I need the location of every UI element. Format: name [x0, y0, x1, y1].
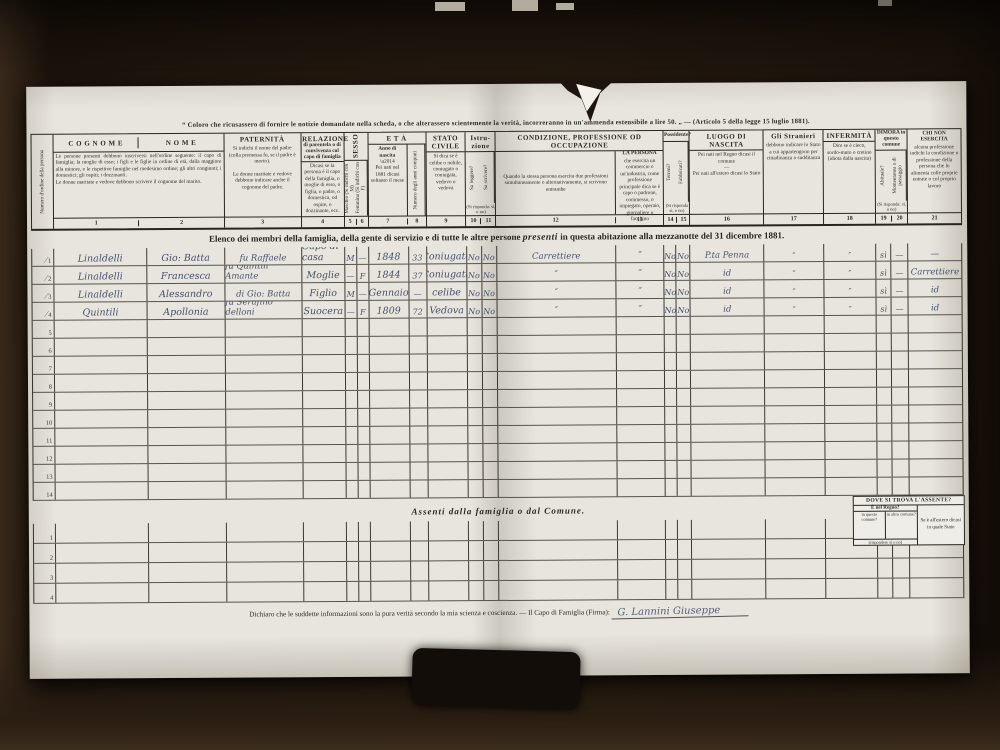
row-cell: [498, 407, 618, 425]
row-number: 2: [48, 276, 51, 283]
row-cell: [469, 561, 484, 580]
absent-persons-table: 1 2: [33, 518, 964, 604]
row-cell: [498, 389, 618, 407]
row-cell: M: [345, 283, 357, 300]
row-cell: [692, 478, 766, 495]
header-sesso: SESSO: [351, 133, 361, 160]
row-cell: [498, 479, 618, 497]
row-cell: [369, 355, 409, 372]
header-stato-civile: STATO CIVILE: [426, 132, 465, 152]
row-cell: [497, 371, 617, 389]
header-cognome: C O G N O M E: [53, 137, 138, 149]
row-cell: [358, 355, 370, 372]
colnum-21: 21: [908, 215, 961, 221]
row-cell: Linaldelli: [54, 284, 147, 302]
row-cell: Quintili: [55, 302, 148, 320]
row-cell: [877, 352, 892, 369]
row-cell: [468, 426, 483, 443]
row-cell: Coniugato: [427, 246, 467, 263]
row-cell: 1848: [369, 247, 409, 264]
row-cell: sì: [876, 262, 891, 279]
row-cell: [226, 481, 303, 498]
row-cell: [370, 463, 410, 480]
row-cell: [148, 320, 226, 337]
row-cell: [893, 477, 910, 494]
row-cell: [346, 409, 358, 426]
row-cell: [909, 387, 962, 404]
row-cell: id: [691, 298, 765, 315]
row-cell: sì: [876, 244, 891, 261]
column-cognome-nome: C O G N O M E N O M E Le persone present…: [53, 134, 224, 229]
chi-non-esercita-desc: alcuna professione indichi la condizione…: [908, 143, 961, 212]
row-cell: [892, 333, 909, 350]
row-cell: [892, 351, 909, 368]
row-cell: [877, 334, 892, 351]
row-cell: [359, 562, 371, 581]
row-cell: [909, 351, 962, 368]
row-cell: [666, 461, 678, 478]
row-cell: [411, 561, 429, 580]
row-cell: [483, 480, 498, 497]
row-cell: [370, 427, 410, 444]
row-cell: [304, 562, 347, 581]
colnum-18: 18: [824, 216, 875, 222]
row-cell: [825, 406, 877, 423]
row-cell: F: [357, 265, 369, 282]
row-cell: [893, 558, 910, 577]
row-cell: —: [357, 247, 369, 264]
row-cell: [303, 445, 346, 462]
row-cell: Vedova: [427, 300, 467, 317]
row-cell: [149, 482, 227, 499]
dimora-abituale-label: Abituale?: [876, 150, 891, 200]
row-cell: [410, 390, 428, 407]
row-cell: [55, 320, 148, 338]
header-eta: E T À: [368, 132, 425, 144]
row-cell: [346, 427, 358, 444]
row-cell: [765, 406, 825, 423]
row-cell: [619, 580, 667, 599]
stranieri-desc: debbono indicare lo Stato a cui apparten…: [764, 141, 823, 213]
row-cell: [691, 352, 765, 369]
row-number-cell: ∕1: [32, 249, 54, 266]
row-cell: [226, 373, 303, 390]
row-cell: [877, 316, 892, 333]
row-cell: [666, 443, 678, 460]
row-cell: [148, 338, 226, 355]
column-stato-civile: STATO CIVILE Si dica se è celibe o nubil…: [426, 132, 467, 226]
colnum-4: 4: [302, 219, 344, 225]
row-cell: [765, 388, 825, 405]
row-cell: F: [357, 301, 369, 318]
row-cell: [226, 409, 303, 426]
row-cell: [359, 522, 371, 541]
row-cell: P.ta Penna: [690, 244, 764, 261]
column-row-number: Numero d'ordine della persona: [31, 135, 54, 229]
dimora-nota: (Si risponda: sì, o no): [876, 200, 907, 212]
header-infermita: INFERMITÀ: [824, 130, 875, 142]
row-cell: [357, 319, 369, 336]
row-cell: 33: [409, 246, 427, 263]
row-cell: [497, 353, 617, 371]
row-cell: [825, 352, 877, 369]
row-cell: [766, 519, 826, 538]
row-cell: [302, 337, 345, 354]
row-cell: [346, 445, 358, 462]
row-cell: [765, 316, 825, 333]
row-cell: [359, 542, 371, 561]
row-cell: No: [482, 282, 497, 299]
present-persons-table: ∕1 Linaldelli Gio: Batta fu Raffaele Cap…: [31, 243, 964, 501]
legal-notice: “ Coloro che ricusassero di fornire le n…: [30, 117, 961, 130]
row-cell: Carrettiere: [908, 261, 961, 278]
row-cell: [427, 318, 467, 335]
row-cell: [678, 560, 692, 579]
row-cell: [893, 578, 910, 597]
luogo-desc: Pei nati nel Regno dicasi il comune — Pe…: [690, 150, 763, 213]
row-cell: [358, 373, 370, 390]
row-cell: [371, 542, 411, 561]
row-cell: [665, 317, 677, 334]
column-infermita: INFERMITÀ Dire se è cieco, sordo-muto o …: [824, 130, 876, 224]
row-cell: [428, 408, 468, 425]
row-cell: No: [665, 281, 677, 298]
row-cell: [347, 582, 359, 601]
row-cell: [499, 560, 619, 580]
cognome-instructions: Le persone presenti debbono inscriversi …: [54, 152, 224, 218]
row-cell: Linaldelli: [54, 248, 147, 266]
row-cell: [678, 443, 692, 460]
row-cell: [55, 410, 148, 428]
row-cell: —: [892, 297, 909, 314]
row-cell: ″: [497, 263, 617, 281]
row-cell: ″: [764, 244, 824, 261]
row-cell: [226, 337, 303, 354]
altro-comune-label: in altro comune?: [886, 511, 917, 538]
row-cell: [691, 334, 765, 351]
row-cell: [892, 315, 909, 332]
row-cell: ″: [617, 245, 665, 262]
row-cell: ″: [765, 262, 825, 279]
row-cell: id: [909, 297, 962, 314]
row-cell: [617, 317, 665, 334]
row-cell: [765, 370, 825, 387]
row-cell: id: [691, 262, 765, 279]
row-cell: [411, 581, 429, 600]
row-cell: 37: [409, 264, 427, 281]
cognome-desc-1: Le persone presenti debbono inscriversi …: [56, 153, 222, 179]
row-cell: ″: [497, 299, 617, 317]
row-cell: [666, 560, 678, 579]
row-cell: [498, 540, 618, 560]
row-cell: [410, 444, 428, 461]
regno-nota: (rispondere sì o no): [854, 538, 917, 544]
row-cell: [497, 335, 617, 353]
row-cell: [55, 392, 148, 410]
row-cell: No: [677, 299, 691, 316]
eta-anno-desc: Anno di nascita\u2014 Pei nati nel 1881 …: [368, 145, 407, 216]
row-number: 11: [46, 438, 52, 445]
row-cell: [55, 374, 148, 392]
row-cell: ″: [617, 281, 665, 298]
row-cell: [878, 559, 893, 578]
row-cell: [692, 559, 766, 578]
colnum-13: 13: [616, 217, 663, 223]
row-cell: [345, 337, 357, 354]
row-cell: [56, 563, 149, 583]
row-cell: [428, 521, 468, 540]
row-cell: [691, 316, 765, 333]
row-cell: [483, 462, 498, 479]
row-cell: [892, 369, 909, 386]
row-cell: [410, 462, 428, 479]
row-cell: [346, 391, 358, 408]
row-cell: [826, 478, 878, 495]
row-cell: [691, 370, 765, 387]
row-cell: [692, 539, 766, 558]
colnum-3: 3: [225, 219, 301, 225]
row-cell: [358, 463, 370, 480]
column-condizione: CONDIZIONE, PROFESSIONE OD OCCUPAZIONE Q…: [496, 131, 665, 226]
row-cell: [358, 409, 370, 426]
row-number: 1: [48, 258, 51, 265]
row-cell: [482, 354, 497, 371]
row-cell: [692, 442, 766, 459]
row-cell: [303, 373, 346, 390]
row-cell: [429, 541, 469, 560]
row-cell: [303, 391, 346, 408]
row-cell: [55, 356, 148, 374]
row-cell: [370, 373, 410, 390]
row-cell: [910, 459, 963, 476]
row-number-cell: 7: [33, 357, 55, 374]
row-cell: [483, 390, 498, 407]
colnum-19: 19: [876, 216, 892, 222]
row-cell: Coniugata: [427, 264, 467, 281]
row-cell: [484, 581, 499, 600]
row-cell: [499, 580, 619, 600]
row-cell: [227, 562, 304, 581]
eta-anni-compiuti-label: Numero degli anni compiuti: [407, 144, 425, 215]
colnum-17: 17: [764, 216, 823, 222]
colnum-5: 5: [345, 219, 357, 225]
row-number-cell: 11: [33, 429, 55, 446]
terreni-label: Terreni?: [664, 142, 676, 202]
row-cell: [666, 540, 678, 559]
row-cell: Carrettiere: [497, 245, 617, 263]
row-cell: [677, 389, 691, 406]
row-cell: [826, 559, 878, 578]
row-cell: [667, 580, 679, 599]
row-cell: [691, 406, 765, 423]
row-cell: [483, 408, 498, 425]
header-possidente: Possidente?: [664, 131, 689, 142]
row-cell: id: [691, 280, 765, 297]
row-cell: [346, 355, 358, 372]
banner-presenti: presenti: [523, 233, 558, 243]
row-cell: [55, 338, 148, 356]
row-cell: [148, 446, 226, 463]
row-cell: [893, 459, 910, 476]
column-istruzione: Istru-zione Sa leggere? Sa scrivere? (Si…: [466, 132, 497, 226]
row-cell: [346, 481, 358, 498]
row-cell: [56, 482, 149, 500]
row-mark: ∕: [45, 255, 47, 265]
row-cell: [227, 522, 304, 541]
row-cell: No: [482, 300, 497, 317]
row-cell: id: [908, 279, 961, 296]
row-number-cell: 10: [33, 411, 55, 428]
row-cell: [427, 354, 467, 371]
luogo-dash: —: [724, 165, 729, 171]
row-cell: [468, 480, 483, 497]
luogo-desc-1: Pei nati nel Regno dicasi il comune: [698, 152, 755, 165]
row-cell: [55, 446, 148, 464]
banner-pre: Elenco dei membri della famiglia, della …: [209, 232, 521, 244]
row-cell: [617, 335, 665, 352]
column-paternita: PATERNITÀ Si indichi il nome del padre (…: [224, 133, 301, 227]
row-cell: [303, 355, 346, 372]
row-number: 4: [48, 312, 51, 319]
row-number-cell: 9: [33, 393, 55, 410]
row-cell: [877, 370, 892, 387]
row-cell: [428, 462, 468, 479]
column-luogo-nascita: LUOGO DI NASCITA Pei nati nel Regno dica…: [690, 130, 764, 224]
row-cell: [678, 479, 692, 496]
row-number: 12: [46, 456, 53, 463]
row-number-cell: 4: [34, 584, 56, 603]
row-number: 5: [48, 330, 51, 337]
row-cell: 72: [409, 300, 427, 317]
row-cell: [346, 373, 358, 390]
row-cell: [692, 424, 766, 441]
row-number-cell: ∕4: [33, 303, 55, 320]
row-number-label: Numero d'ordine della persona: [31, 135, 53, 229]
row-cell: —: [345, 265, 357, 282]
colnum-6: 6: [357, 219, 368, 225]
row-cell: sì: [877, 280, 892, 297]
row-cell: [692, 519, 766, 538]
row-cell: [766, 424, 826, 441]
row-cell: [665, 335, 677, 352]
column-relazione: RELAZIONE di parentela o di convivenza c…: [301, 133, 345, 227]
row-cell: [347, 522, 359, 541]
row-cell: [677, 371, 691, 388]
row-cell: [484, 561, 499, 580]
row-cell: [303, 409, 346, 426]
colnum-9: 9: [427, 218, 466, 224]
row-cell: [617, 389, 665, 406]
row-cell: [666, 520, 678, 539]
paternita-desc-1: Si indichi il nome del padre (colla prem…: [229, 145, 296, 164]
row-cell: ″: [825, 280, 877, 297]
row-cell: [618, 407, 666, 424]
estero-label: Se è all'estero dicasi in quale Stato: [918, 505, 964, 544]
row-cell: [910, 477, 963, 494]
row-cell: —: [357, 283, 369, 300]
row-number: 9: [49, 402, 52, 409]
row-cell: [678, 540, 692, 559]
colnum-10: 10: [466, 218, 481, 224]
row-cell: [225, 319, 302, 336]
row-cell: [878, 579, 893, 598]
row-cell: [469, 541, 484, 560]
row-cell: Francesca: [147, 266, 225, 283]
relazione-subtitle: di parentela o di convivenza col capo di…: [301, 143, 343, 162]
row-cell: [148, 428, 226, 445]
row-cell: [498, 461, 618, 479]
row-cell: [892, 405, 909, 422]
colnum-20: 20: [892, 215, 907, 221]
row-cell: [677, 317, 691, 334]
photo-of-census-document: “ Coloro che ricusassero di fornire le n…: [0, 0, 1000, 750]
istruzione-nota: (Si risponda: sì, o no): [466, 203, 495, 215]
column-sesso: SESSO Maschio (Si indichi con M) Femmina…: [344, 133, 369, 227]
head-of-family-signature: G. Lannini Giuseppe: [612, 604, 749, 619]
row-cell: [482, 336, 497, 353]
row-cell: [303, 427, 346, 444]
row-cell: [498, 425, 618, 443]
row-number-cell: 13: [34, 465, 56, 482]
header-stranieri: Gli Stranieri: [764, 130, 823, 141]
row-cell: [148, 374, 226, 391]
dove-box-regno: È nel Regno? in questo comune? in altro …: [854, 505, 918, 544]
row-cell: [910, 578, 963, 597]
sa-leggere-label: Sa leggere?: [466, 152, 480, 203]
row-cell: [369, 337, 409, 354]
row-cell: [357, 337, 369, 354]
eta-anno-title: Anno di nascita: [378, 146, 396, 159]
row-cell: No: [467, 282, 482, 299]
row-cell: [469, 581, 484, 600]
row-cell: [618, 540, 666, 559]
row-cell: [468, 444, 483, 461]
row-number: 3: [48, 294, 51, 301]
column-stranieri: Gli Stranieri debbono indicare lo Stato …: [764, 130, 824, 224]
column-possidente: Possidente? Terreni? Fabbricati? (Si ris…: [664, 131, 691, 225]
header-nome: N O M E: [139, 137, 223, 149]
row-cell: [56, 523, 149, 543]
row-cell: celibe: [427, 282, 467, 299]
photo-glare-4: [878, 0, 892, 6]
row-cell: [692, 460, 766, 477]
row-number: 3: [50, 575, 53, 582]
sa-scrivere-label: Sa scrivere?: [480, 152, 495, 203]
row-cell: —: [345, 301, 357, 318]
dark-object-bottom: [411, 648, 580, 710]
row-number-cell: ∕3: [32, 285, 54, 302]
row-number-cell: 5: [33, 321, 55, 338]
column-chi-non-esercita: CHI NON ESERCITA alcuna professione indi…: [908, 129, 961, 223]
row-cell: [468, 390, 483, 407]
row-cell: [149, 543, 227, 562]
row-cell: [304, 522, 347, 541]
row-mark: ∕: [46, 291, 48, 301]
row-cell: [892, 423, 909, 440]
row-cell: [468, 521, 483, 540]
colnum-16: 16: [690, 216, 763, 222]
row-cell: [358, 481, 370, 498]
row-cell: [468, 462, 483, 479]
row-cell: [409, 318, 427, 335]
row-cell: [617, 371, 665, 388]
row-number-cell: 1: [34, 524, 56, 543]
row-number-cell: 3: [34, 564, 56, 583]
row-cell: [766, 539, 826, 558]
declaration-text: Dichiaro che le suddette informazioni so…: [249, 608, 610, 618]
census-form-sheet: “ Coloro che ricusassero di fornire le n…: [26, 81, 970, 679]
row-cell: [666, 425, 678, 442]
